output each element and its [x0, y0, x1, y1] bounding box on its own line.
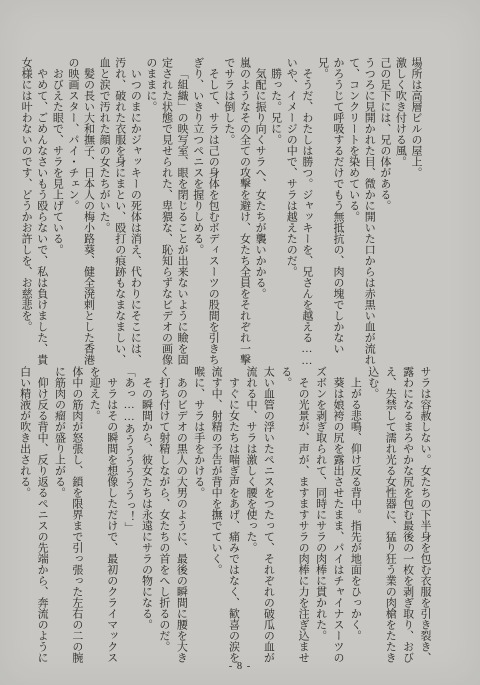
- paragraph: その光景が、声が、ますますサラの肉棒に力を注ぎ込ませる。: [276, 366, 311, 668]
- paragraph: 激しく吹き付ける風。: [392, 57, 408, 369]
- paragraph: 体中の筋肉が怒張し、鎖を限界まで引っ張った左右の二の腕に筋肉の瘤が盛り上がる。: [50, 366, 85, 668]
- paragraph: あのビデオの黒人の大男のように、最後の瞬間に腰を大きく打ち付けて射精しながら、女…: [155, 366, 190, 668]
- paragraph: 場所は高層ビルの屋上。: [407, 57, 423, 369]
- paragraph: 気配に振り向くサラへ、女たちが襲いかかる。: [251, 57, 267, 369]
- paragraph: その瞬間から、彼女たちは永遠にサラの物になる。: [137, 366, 154, 668]
- paragraph: 髪の長い大和撫子、日本人の梅小路葵、健全溌剌とした香港の映画スター、パイ・チェン…: [64, 57, 95, 369]
- paragraph: 勝った。兄に。: [267, 57, 283, 369]
- paragraph: そして、サラは己の身体を包むボディスーツの股間を引きちぎり、いきり立つペニスを握…: [189, 57, 220, 369]
- paragraph: サラは容赦しない。女たちの下半身を包む衣服を引き裂き、露わになるまろやかな尻を包…: [363, 366, 433, 668]
- upper-text-block: 場所は高層ビルの屋上。 激しく吹き付ける風。 己の足下には、兄の体がある。 うつ…: [18, 57, 423, 369]
- paragraph: 仰け反る背中、反り返るペニスの先端から、奔流のように白い精液が吹き出される。: [15, 366, 50, 668]
- paragraph: そうだ、わたしは勝つ。ジャッキーを、兄さんを越える……いや、イメージの中で、サラ…: [283, 57, 314, 369]
- paragraph: すぐに女たちは喘ぎ声をあげ、痛みではなく、歓喜の涙を流す中、射精の予告が背中を撫…: [207, 366, 242, 668]
- lower-text-block: サラは容赦しない。女たちの下半身を包む衣服を引き裂き、露わになるまろやかな尻を包…: [15, 366, 433, 668]
- paragraph: かろうじて呼吸するだけでもう無抵抗の、肉の塊でしかない兄。: [314, 57, 345, 369]
- scanned-page: 場所は高層ビルの屋上。 激しく吹き付ける風。 己の足下には、兄の体がある。 うつ…: [0, 0, 480, 685]
- paragraph: 喉に、サラは手をかける。: [189, 366, 206, 668]
- paragraph: サラはその瞬間を想像しただけで、最初のクライマックスを迎えた。: [85, 366, 120, 668]
- paragraph: おびえた眼で、サラを見上げている。: [49, 57, 65, 369]
- paragraph: うつろに見開かれた目、微かに開いた口からは赤黒い血が流れて、コンクリートを染めて…: [345, 57, 376, 369]
- paragraph: 「組織」の映写室、眼を閉じることが出来ないように瞼を固定された状態で見せられた、…: [142, 57, 189, 369]
- page-number: - 8 -: [0, 661, 480, 672]
- paragraph: 葵は娘袴の尻を露出させたまま、パイはチャイナスーツのズボンを剥ぎ取られて、同時に…: [311, 366, 346, 668]
- paragraph: 「あっ……あううううううっ！」: [120, 366, 137, 668]
- paragraph: やめて、ごめんなさいもう殴らないで、私は負けました、貴女様には叶わないのです、ど…: [18, 57, 49, 369]
- paragraph: 太い血管の浮いたペニスをつたって、それぞれの破瓜の血が流れる中、サラは激しく腰を…: [242, 366, 277, 668]
- paragraph: 嵐のようなその全ての攻撃を避け、女たち全員をそれぞれ一撃でサラは倒した。: [220, 57, 251, 369]
- paragraph: 上がる悲鳴、仰け反る背中。指先が地面をひっかく。: [346, 366, 363, 668]
- paragraph: 己の足下には、兄の体がある。: [376, 57, 392, 369]
- paragraph: いつのまにかジャッキーの死体は消え、代わりにそこには、汚れ、破れた衣服を身にまと…: [96, 57, 143, 369]
